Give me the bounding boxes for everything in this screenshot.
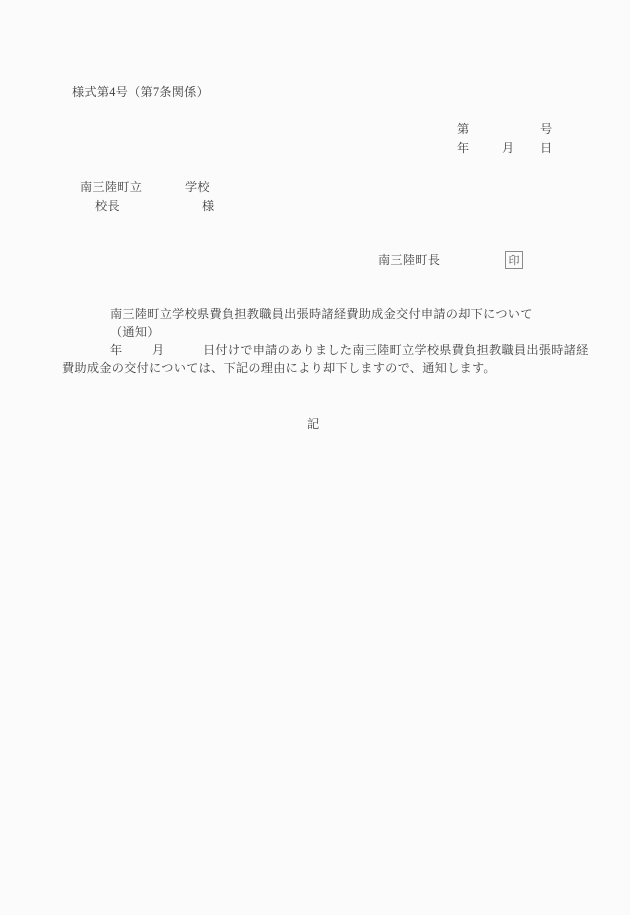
subject-line-1: 南三陸町立学校県費負担教職員出張時諸経費助成金交付申請の却下について — [110, 307, 533, 322]
form-number-label: 様式第4号（第7条関係） — [72, 85, 209, 100]
seal-mark: 印 — [509, 252, 520, 268]
body-line-2: 費助成金の交付については、下記の理由により却下しますので、通知します。 — [62, 361, 496, 376]
date-day-label: 日 — [540, 141, 552, 156]
body-month-label: 月 — [152, 343, 164, 358]
sender-title: 南三陸町長 — [378, 253, 440, 268]
date-year-label: 年 — [457, 141, 469, 156]
seal-box: 印 — [505, 251, 523, 269]
doc-number-prefix: 第 — [457, 122, 469, 137]
body-line-1: 日付けで申請のありました南三陸町立学校県費負担教職員出張時諸経 — [203, 343, 589, 358]
addressee-org: 南三陸町立 — [80, 180, 142, 195]
addressee-title: 校長 — [95, 199, 120, 214]
date-month-label: 月 — [502, 141, 514, 156]
record-marker: 記 — [307, 417, 319, 432]
doc-number-suffix: 号 — [540, 122, 552, 137]
subject-line-2: （通知） — [110, 325, 160, 340]
body-year-label: 年 — [110, 343, 122, 358]
addressee-org-suffix: 学校 — [185, 180, 210, 195]
addressee-honorific: 様 — [202, 199, 214, 214]
document-page: 様式第4号（第7条関係） 第 号 年 月 日 南三陸町立 学校 校長 様 南三陸… — [0, 0, 630, 915]
